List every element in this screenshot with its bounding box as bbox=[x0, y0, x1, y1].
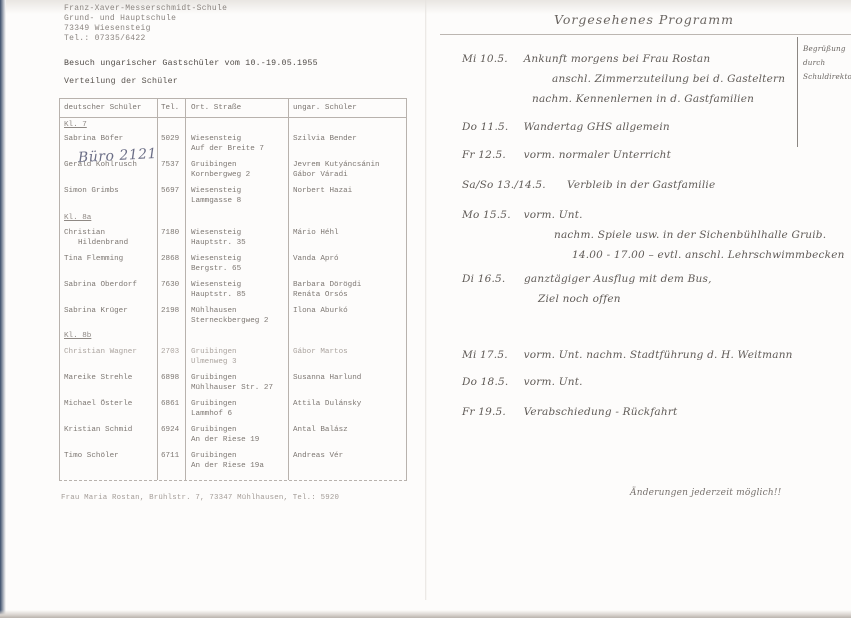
hungarian-student-cell-line: Vanda Apró bbox=[293, 255, 339, 265]
address-cell: GruibingenAn der Riese 19 bbox=[191, 426, 259, 445]
tel-cell: 6711 bbox=[161, 452, 179, 462]
class-label: Kl. 8b bbox=[64, 332, 91, 340]
entry-day: Mi 17.5. bbox=[462, 347, 508, 363]
entry-day: Mo 15.5. bbox=[462, 207, 511, 223]
hungarian-student-cell-line: Susanna Harlund bbox=[293, 374, 361, 384]
address-cell-line: Gruibingen bbox=[191, 374, 273, 384]
tel-cell-line: 6711 bbox=[161, 452, 179, 462]
letterhead-line: Grund- und Hauptschule bbox=[64, 14, 227, 24]
german-student-cell: ChristianHildenbrand bbox=[64, 229, 128, 248]
tel-cell-line: 7630 bbox=[161, 281, 179, 291]
tel-cell-line: 6924 bbox=[161, 426, 179, 436]
address-cell: WiesensteigHauptstr. 35 bbox=[191, 229, 246, 248]
hungarian-student-cell-line: Jevrem Kutyáncsánin bbox=[293, 161, 380, 171]
class-label: Kl. 7 bbox=[64, 121, 87, 129]
tel-cell: 7630 bbox=[161, 281, 179, 291]
closing-note: Änderungen jederzeit möglich!! bbox=[630, 488, 782, 498]
german-student-cell-line: Tina Flemming bbox=[64, 255, 123, 265]
german-student-cell: Sabrina Böfer bbox=[64, 135, 123, 145]
address-cell: GruibingenKornbergweg 2 bbox=[191, 161, 250, 180]
german-student-cell-line: Christian Wagner bbox=[64, 348, 137, 358]
german-student-cell: Simon Grimbs bbox=[64, 187, 119, 197]
address-cell-line: Lammhof 6 bbox=[191, 410, 237, 420]
address-cell-line: Bergstr. 65 bbox=[191, 265, 241, 275]
entry-line: nachm. Kennenlernen in d. Gastfamilien bbox=[532, 91, 754, 107]
entry-line: vorm. Unt. bbox=[524, 374, 583, 390]
document-subtitle: Verteilung der Schüler bbox=[64, 77, 178, 86]
tel-cell: 6861 bbox=[161, 400, 179, 410]
entry-day: Sa/So 13./14.5. bbox=[462, 177, 546, 193]
hungarian-student-cell-line: Szilvia Bender bbox=[293, 135, 357, 145]
hungarian-student-cell: Andreas Vér bbox=[293, 452, 343, 462]
hungarian-student-cell: Antal Balász bbox=[293, 426, 348, 436]
side-note-line: Begrüßung bbox=[803, 42, 851, 56]
german-student-cell: Christian Wagner bbox=[64, 348, 137, 358]
tel-cell: 7180 bbox=[161, 229, 179, 239]
column-divider bbox=[157, 99, 158, 480]
german-student-cell: Tina Flemming bbox=[64, 255, 123, 265]
hungarian-student-cell-line: Barbara Dörögdi bbox=[293, 281, 361, 291]
letterhead-line: Franz-Xaver-Messerschmidt-Schule bbox=[64, 4, 227, 14]
entry-line: anschl. Zimmerzuteilung bei d. Gastelter… bbox=[552, 71, 785, 87]
tel-cell: 6924 bbox=[161, 426, 179, 436]
title-underline bbox=[440, 34, 851, 35]
welcome-side-note: Begrüßung durch Schuldirektor bbox=[803, 42, 851, 84]
letterhead-line: Tel.: 07335/6422 bbox=[64, 34, 227, 44]
address-cell-line: Hauptstr. 35 bbox=[191, 239, 246, 249]
typed-page: Franz-Xaver-Messerschmidt-Schule Grund- … bbox=[0, 0, 430, 618]
address-cell-line: An der Riese 19a bbox=[191, 462, 264, 472]
entry-line: Ziel noch offen bbox=[538, 291, 621, 307]
entry-line: vorm. Unt. bbox=[524, 207, 583, 223]
hungarian-student-cell: Szilvia Bender bbox=[293, 135, 357, 145]
side-note-line: durch bbox=[803, 56, 851, 70]
header-tel: Tel. bbox=[161, 104, 179, 112]
german-student-cell-line: Simon Grimbs bbox=[64, 187, 119, 197]
class-label: Kl. 8a bbox=[64, 214, 91, 222]
address-cell-line: Auf der Breite 7 bbox=[191, 145, 264, 155]
letterhead-line: 73349 Wiesensteig bbox=[64, 24, 227, 34]
german-student-cell-line: Kristian Schmid bbox=[64, 426, 132, 436]
tel-cell-line: 7180 bbox=[161, 229, 179, 239]
hungarian-student-cell-line: Attila Dulánsky bbox=[293, 400, 361, 410]
address-cell: WiesensteigAuf der Breite 7 bbox=[191, 135, 264, 154]
tel-cell: 5697 bbox=[161, 187, 179, 197]
german-student-cell-line: Sabrina Böfer bbox=[64, 135, 123, 145]
hungarian-student-cell-line: Norbert Hazai bbox=[293, 187, 352, 197]
tel-cell: 5029 bbox=[161, 135, 179, 145]
hungarian-student-cell: Susanna Harlund bbox=[293, 374, 361, 384]
tel-cell: 2198 bbox=[161, 307, 179, 317]
address-cell-line: Gruibingen bbox=[191, 400, 237, 410]
entry-line: vorm. Unt. nachm. Stadtführung d. H. Wei… bbox=[524, 347, 793, 363]
column-divider bbox=[185, 99, 186, 480]
side-column-divider bbox=[797, 37, 798, 147]
address-cell-line: Mühlhausen bbox=[191, 307, 268, 317]
tel-cell-line: 2868 bbox=[161, 255, 179, 265]
hungarian-student-cell: Barbara DörögdiRenáta Orsós bbox=[293, 281, 361, 300]
tel-cell-line: 6861 bbox=[161, 400, 179, 410]
entry-line: Wandertag GHS allgemein bbox=[524, 119, 670, 135]
address-cell: GruibingenUlmenweg 3 bbox=[191, 348, 237, 367]
address-cell-line: Mühlhauser Str. 27 bbox=[191, 384, 273, 394]
header-german-student: deutscher Schüler bbox=[64, 104, 141, 112]
address-cell: MühlhausenSterneckbergweg 2 bbox=[191, 307, 268, 326]
entry-line: nachm. Spiele usw. in der Sichenbühlhall… bbox=[554, 227, 826, 243]
entry-day: Di 16.5. bbox=[462, 271, 505, 287]
address-cell-line: Wiesensteig bbox=[191, 229, 246, 239]
address-cell-line: Hauptstr. 85 bbox=[191, 291, 246, 301]
entry-day: Do 18.5. bbox=[462, 374, 508, 390]
address-cell-line: Gruibingen bbox=[191, 452, 264, 462]
german-student-cell: Sabrina Krüger bbox=[64, 307, 128, 317]
address-cell-line: Kornbergweg 2 bbox=[191, 171, 250, 181]
hungarian-student-cell: Vanda Apró bbox=[293, 255, 339, 265]
header-place-street: Ort. Straße bbox=[191, 104, 241, 112]
document-title: Besuch ungarischer Gastschüler vom 10.-1… bbox=[64, 59, 318, 68]
address-cell: WiesensteigLammgasse 8 bbox=[191, 187, 241, 206]
german-student-cell-line: Sabrina Krüger bbox=[64, 307, 128, 317]
entry-day: Fr 19.5. bbox=[462, 404, 506, 420]
handwritten-page: Vorgesehenes Programm Mi 10.5.Ankunft mo… bbox=[430, 0, 851, 618]
address-cell-line: Gruibingen bbox=[191, 426, 259, 436]
address-cell-line: Sterneckbergweg 2 bbox=[191, 317, 268, 327]
address-cell-line: Wiesensteig bbox=[191, 281, 246, 291]
hungarian-student-cell: Jevrem KutyáncsáninGábor Váradi bbox=[293, 161, 380, 180]
german-student-cell: Kristian Schmid bbox=[64, 426, 132, 436]
table-header-row: deutscher Schüler Tel. Ort. Straße ungar… bbox=[60, 99, 406, 118]
entry-line: ganztägiger Ausflug mit dem Bus, bbox=[524, 271, 712, 287]
tel-cell-line: 5697 bbox=[161, 187, 179, 197]
hungarian-student-cell-line: Gábor Martos bbox=[293, 348, 348, 358]
tel-cell-line: 2703 bbox=[161, 348, 179, 358]
address-cell-line: Gruibingen bbox=[191, 161, 250, 171]
entry-line: Verbleib in der Gastfamilie bbox=[567, 177, 715, 193]
address-cell-line: An der Riese 19 bbox=[191, 436, 259, 446]
hungarian-student-cell: Attila Dulánsky bbox=[293, 400, 361, 410]
german-student-cell-line: Christian bbox=[64, 229, 128, 239]
german-student-cell-line: Hildenbrand bbox=[64, 239, 128, 249]
hungarian-student-cell-line: Antal Balász bbox=[293, 426, 348, 436]
tel-cell: 2703 bbox=[161, 348, 179, 358]
header-hungarian-student: ungar. Schüler bbox=[293, 104, 357, 112]
address-cell-line: Wiesensteig bbox=[191, 255, 241, 265]
hungarian-student-cell-line: Ilona Aburkó bbox=[293, 307, 348, 317]
hungarian-student-cell-line: Gábor Váradi bbox=[293, 171, 380, 181]
hungarian-student-cell-line: Mário Héhl bbox=[293, 229, 339, 239]
tel-cell: 6898 bbox=[161, 374, 179, 384]
program-title: Vorgesehenes Programm bbox=[554, 12, 734, 27]
german-student-cell: Sabrina Oberdorf bbox=[64, 281, 137, 291]
address-cell: GruibingenAn der Riese 19a bbox=[191, 452, 264, 471]
german-student-cell: Mareike Strehle bbox=[64, 374, 132, 384]
entry-day: Mi 10.5. bbox=[462, 51, 508, 67]
address-cell-line: Wiesensteig bbox=[191, 187, 241, 197]
column-divider bbox=[288, 99, 289, 480]
address-cell: GruibingenLammhof 6 bbox=[191, 400, 237, 419]
entry-line: vorm. normaler Unterricht bbox=[524, 147, 671, 163]
address-cell: WiesensteigHauptstr. 85 bbox=[191, 281, 246, 300]
entry-day: Fr 12.5. bbox=[462, 147, 506, 163]
address-cell-line: Gruibingen bbox=[191, 348, 237, 358]
german-student-cell-line: Sabrina Oberdorf bbox=[64, 281, 137, 291]
address-cell: GruibingenMühlhauser Str. 27 bbox=[191, 374, 273, 393]
hungarian-student-cell: Mário Héhl bbox=[293, 229, 339, 239]
host-contact-footer: Frau Maria Rostan, Brühlstr. 7, 73347 Mü… bbox=[61, 494, 339, 502]
hungarian-student-cell-line: Andreas Vér bbox=[293, 452, 343, 462]
address-cell-line: Wiesensteig bbox=[191, 135, 264, 145]
hungarian-student-cell-line: Renáta Orsós bbox=[293, 291, 361, 301]
address-cell-line: Ulmenweg 3 bbox=[191, 358, 237, 368]
tel-cell: 2868 bbox=[161, 255, 179, 265]
hungarian-student-cell: Gábor Martos bbox=[293, 348, 348, 358]
tel-cell-line: 7537 bbox=[161, 161, 179, 171]
entry-line: Ankunft morgens bei Frau Rostan bbox=[524, 51, 711, 67]
side-note-line: Schuldirektor bbox=[803, 70, 851, 84]
tel-cell-line: 6898 bbox=[161, 374, 179, 384]
school-letterhead: Franz-Xaver-Messerschmidt-Schule Grund- … bbox=[64, 4, 227, 44]
hungarian-student-cell: Ilona Aburkó bbox=[293, 307, 348, 317]
german-student-cell-line: Mareike Strehle bbox=[64, 374, 132, 384]
entry-line: 14.00 - 17.00 – evtl. anschl. Lehrschwim… bbox=[572, 247, 845, 263]
hungarian-student-cell: Norbert Hazai bbox=[293, 187, 352, 197]
entry-line: Verabschiedung - Rückfahrt bbox=[524, 404, 678, 420]
german-student-cell-line: Timo Schöler bbox=[64, 452, 119, 462]
german-student-cell: Timo Schöler bbox=[64, 452, 119, 462]
address-cell: WiesensteigBergstr. 65 bbox=[191, 255, 241, 274]
tel-cell-line: 5029 bbox=[161, 135, 179, 145]
german-student-cell-line: Michael Österle bbox=[64, 400, 132, 410]
german-student-cell: Michael Österle bbox=[64, 400, 132, 410]
tel-cell-line: 2198 bbox=[161, 307, 179, 317]
entry-day: Do 11.5. bbox=[462, 119, 508, 135]
tel-cell: 7537 bbox=[161, 161, 179, 171]
address-cell-line: Lammgasse 8 bbox=[191, 197, 241, 207]
